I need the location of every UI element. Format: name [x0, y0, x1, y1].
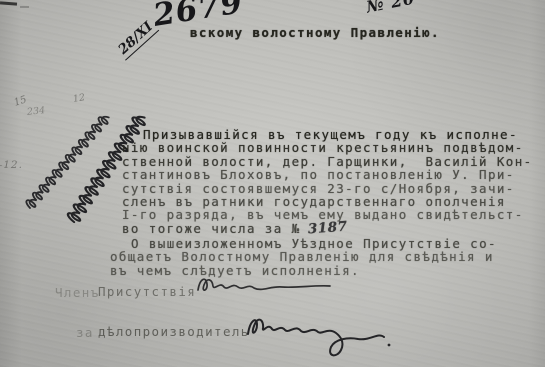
- typed-line: нію воинской повинности крестьянинъ подв…: [122, 141, 533, 154]
- typed-line: общаетъ Волостному Правленію для свѣдѣні…: [110, 250, 497, 263]
- signature-member-label: Присутствія: [98, 284, 196, 299]
- typed-line: во тогоже числа за №3187: [122, 222, 533, 235]
- pencil-mark: –12.: [0, 159, 23, 171]
- clerk-signature-flourish: [246, 312, 396, 364]
- body-paragraph-1: Призывавшійся въ текущемъ году къ исполн…: [122, 128, 533, 235]
- typed-line: сленъ въ ратники государственнаго ополче…: [122, 195, 533, 208]
- member-signature-flourish: [196, 274, 341, 308]
- handwritten-certificate-number: 3187: [307, 220, 347, 236]
- handwritten-document-number: № 20: [365, 0, 417, 17]
- typed-line-fragment: во тогоже числа за №: [122, 221, 301, 236]
- pencil-mark: 234: [26, 105, 45, 118]
- signature-clerk-label: дѣлопроизводитель: [98, 324, 250, 339]
- typed-line: О вышеизложенномъ Уѣздное Присутствіе со…: [110, 237, 497, 250]
- typed-line: сутствія состоявшемуся 23-го с/Ноября, з…: [122, 182, 533, 195]
- pencil-mark: 12: [72, 92, 86, 105]
- signature-clerk-prefix: за: [76, 325, 94, 340]
- scan-edge-mark: [20, 6, 29, 8]
- addressee-line: вскому волостному Правленію.: [190, 25, 440, 40]
- typed-line: стантиновъ Блоховъ, по постановленію У. …: [122, 168, 533, 181]
- signature-member-prefix: Членъ: [55, 285, 100, 300]
- body-paragraph-2: О вышеизложенномъ Уѣздное Присутствіе со…: [110, 237, 497, 277]
- typed-line: ственной волости, дер. Гарщинки, Василій…: [122, 155, 533, 168]
- typed-line: въ чемъ слѣдуетъ исполненія.: [110, 264, 497, 277]
- scanned-document-page: вскому волостному Правленію. 2679 № 20 2…: [0, 0, 545, 367]
- handwritten-date-mark: 28/XI: [114, 17, 159, 60]
- typed-line: Призывавшійся въ текущемъ году къ исполн…: [122, 128, 533, 141]
- scan-edge-mark: [0, 1, 17, 5]
